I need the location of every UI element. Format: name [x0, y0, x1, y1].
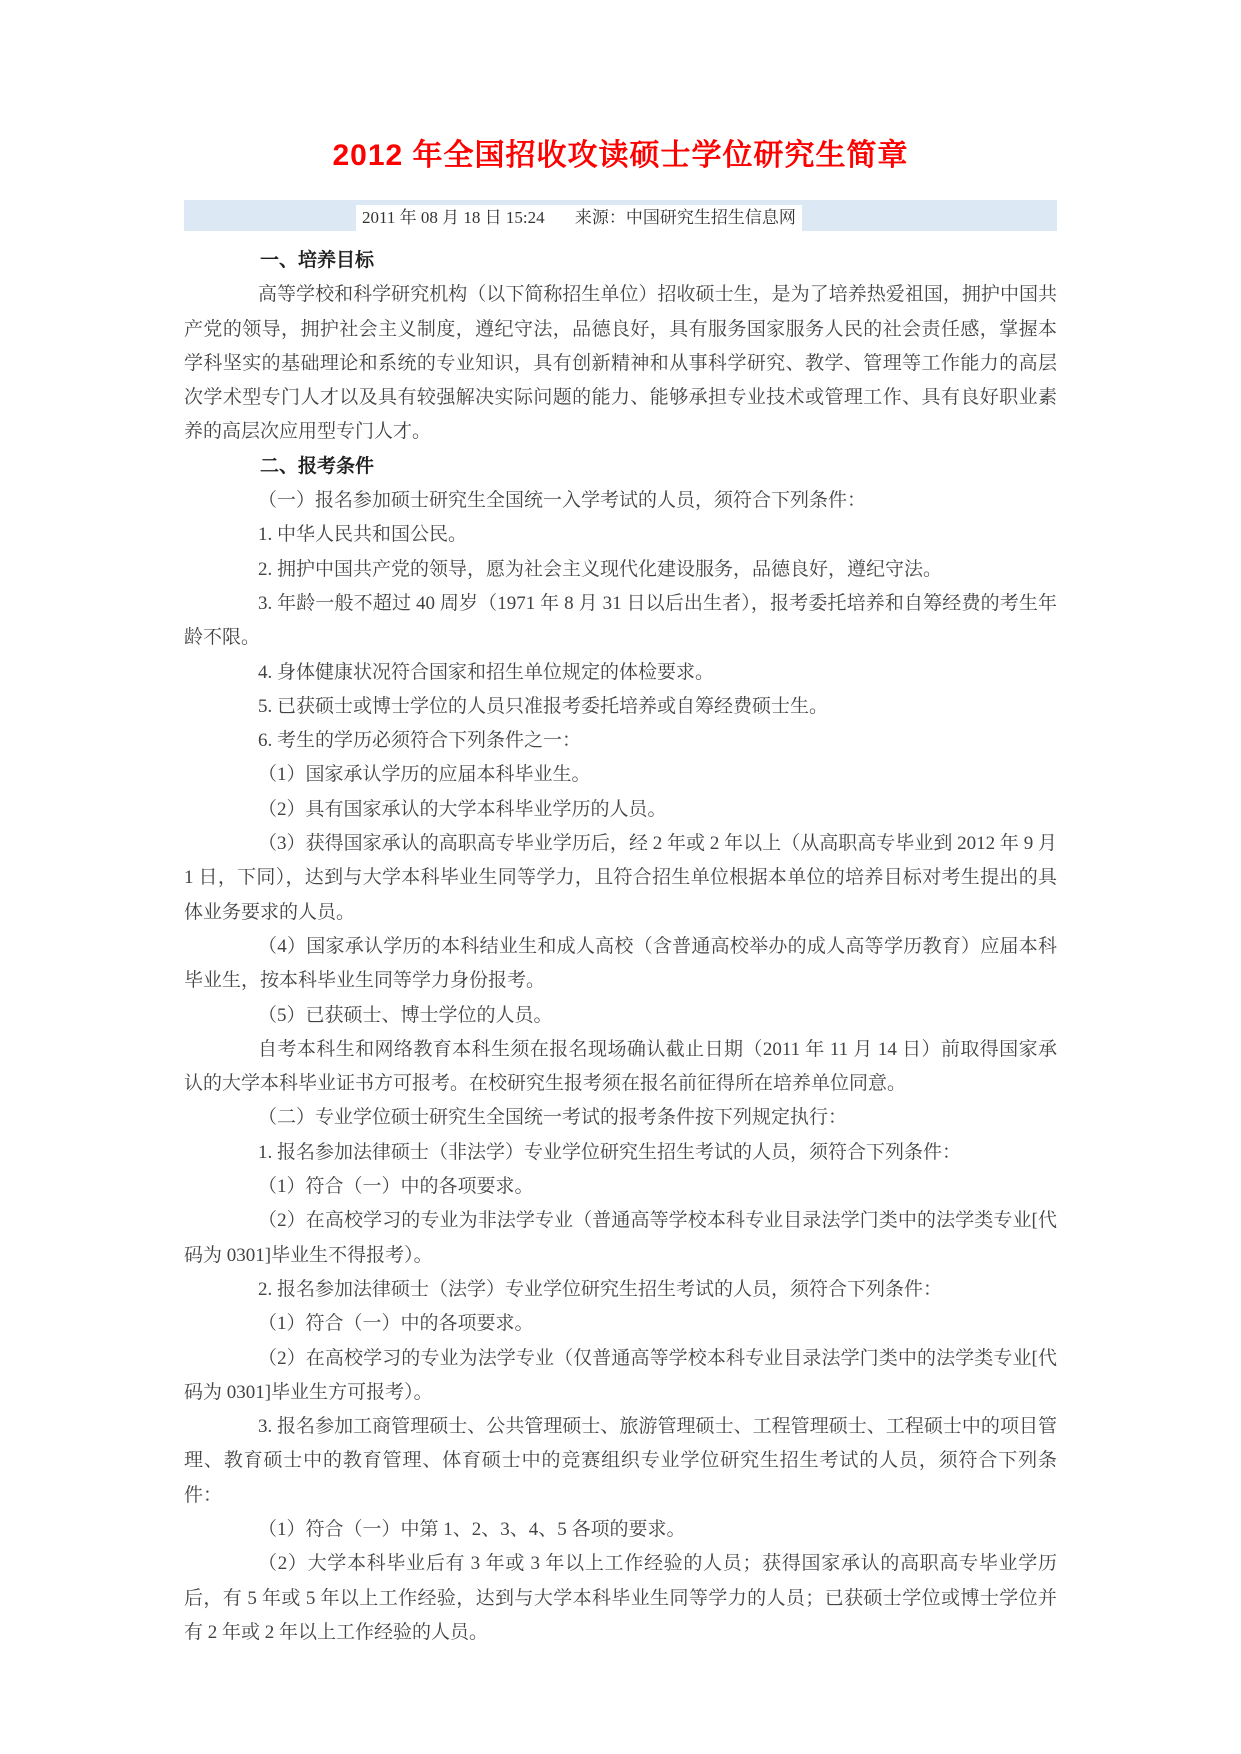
paragraph: 高等学校和科学研究机构（以下简称招生单位）招收硕士生，是为了培养热爱祖国，拥护中…	[184, 278, 1057, 449]
paragraph: （2）在高校学习的专业为非法学专业（普通高等学校本科专业目录法学门类中的法学类专…	[184, 1204, 1057, 1273]
paragraph: （二）专业学位硕士研究生全国统一考试的报考条件按下列规定执行：	[184, 1101, 1057, 1135]
section-heading: 一、培养目标	[184, 244, 1057, 278]
paragraph: （2）具有国家承认的大学本科毕业学历的人员。	[184, 793, 1057, 827]
paragraph: 自考本科生和网络教育本科生须在报名现场确认截止日期（2011 年 11 月 14…	[184, 1033, 1057, 1102]
meta-band: 2011 年 08 月 18 日 15:24 来源：中国研究生招生信息网	[184, 200, 1057, 231]
page-title: 2012 年全国招收攻读硕士学位研究生简章	[184, 134, 1057, 178]
paragraph: 6. 考生的学历必须符合下列条件之一：	[184, 724, 1057, 758]
document-page: 2012 年全国招收攻读硕士学位研究生简章 2011 年 08 月 18 日 1…	[0, 0, 1241, 1754]
paragraph: （1）符合（一）中的各项要求。	[184, 1170, 1057, 1204]
paragraph: 2. 拥护中国共产党的领导，愿为社会主义现代化建设服务，品德良好，遵纪守法。	[184, 553, 1057, 587]
paragraph: （2）在高校学习的专业为法学专业（仅普通高等学校本科专业目录法学门类中的法学类专…	[184, 1342, 1057, 1411]
paragraph: 3. 年龄一般不超过 40 周岁（1971 年 8 月 31 日以后出生者），报…	[184, 587, 1057, 656]
paragraph: 1. 报名参加法律硕士（非法学）专业学位研究生招生考试的人员，须符合下列条件：	[184, 1136, 1057, 1170]
meta-datetime: 2011 年 08 月 18 日 15:24	[362, 208, 545, 227]
paragraph: 2. 报名参加法律硕士（法学）专业学位研究生招生考试的人员，须符合下列条件：	[184, 1273, 1057, 1307]
document-content: 2012 年全国招收攻读硕士学位研究生简章 2011 年 08 月 18 日 1…	[184, 0, 1057, 1650]
document-body: 一、培养目标高等学校和科学研究机构（以下简称招生单位）招收硕士生，是为了培养热爱…	[184, 244, 1057, 1650]
paragraph: （1）国家承认学历的应届本科毕业生。	[184, 758, 1057, 792]
paragraph: （一）报名参加硕士研究生全国统一入学考试的人员，须符合下列条件：	[184, 484, 1057, 518]
paragraph: （1）符合（一）中第 1、2、3、4、5 各项的要求。	[184, 1513, 1057, 1547]
paragraph: 4. 身体健康状况符合国家和招生单位规定的体检要求。	[184, 656, 1057, 690]
paragraph: 5. 已获硕士或博士学位的人员只准报考委托培养或自筹经费硕士生。	[184, 690, 1057, 724]
paragraph: （4）国家承认学历的本科结业生和成人高校（含普通高校举办的成人高等学历教育）应届…	[184, 930, 1057, 999]
meta-source: 来源：中国研究生招生信息网	[575, 208, 796, 227]
paragraph: （5）已获硕士、博士学位的人员。	[184, 999, 1057, 1033]
meta-text: 2011 年 08 月 18 日 15:24 来源：中国研究生招生信息网	[356, 205, 802, 231]
paragraph: （2）大学本科毕业后有 3 年或 3 年以上工作经验的人员；获得国家承认的高职高…	[184, 1547, 1057, 1650]
paragraph: （3）获得国家承认的高职高专毕业学历后，经 2 年或 2 年以上（从高职高专毕业…	[184, 827, 1057, 930]
section-heading: 二、报考条件	[184, 450, 1057, 484]
paragraph: （1）符合（一）中的各项要求。	[184, 1307, 1057, 1341]
paragraph: 1. 中华人民共和国公民。	[184, 518, 1057, 552]
paragraph: 3. 报名参加工商管理硕士、公共管理硕士、旅游管理硕士、工程管理硕士、工程硕士中…	[184, 1410, 1057, 1513]
